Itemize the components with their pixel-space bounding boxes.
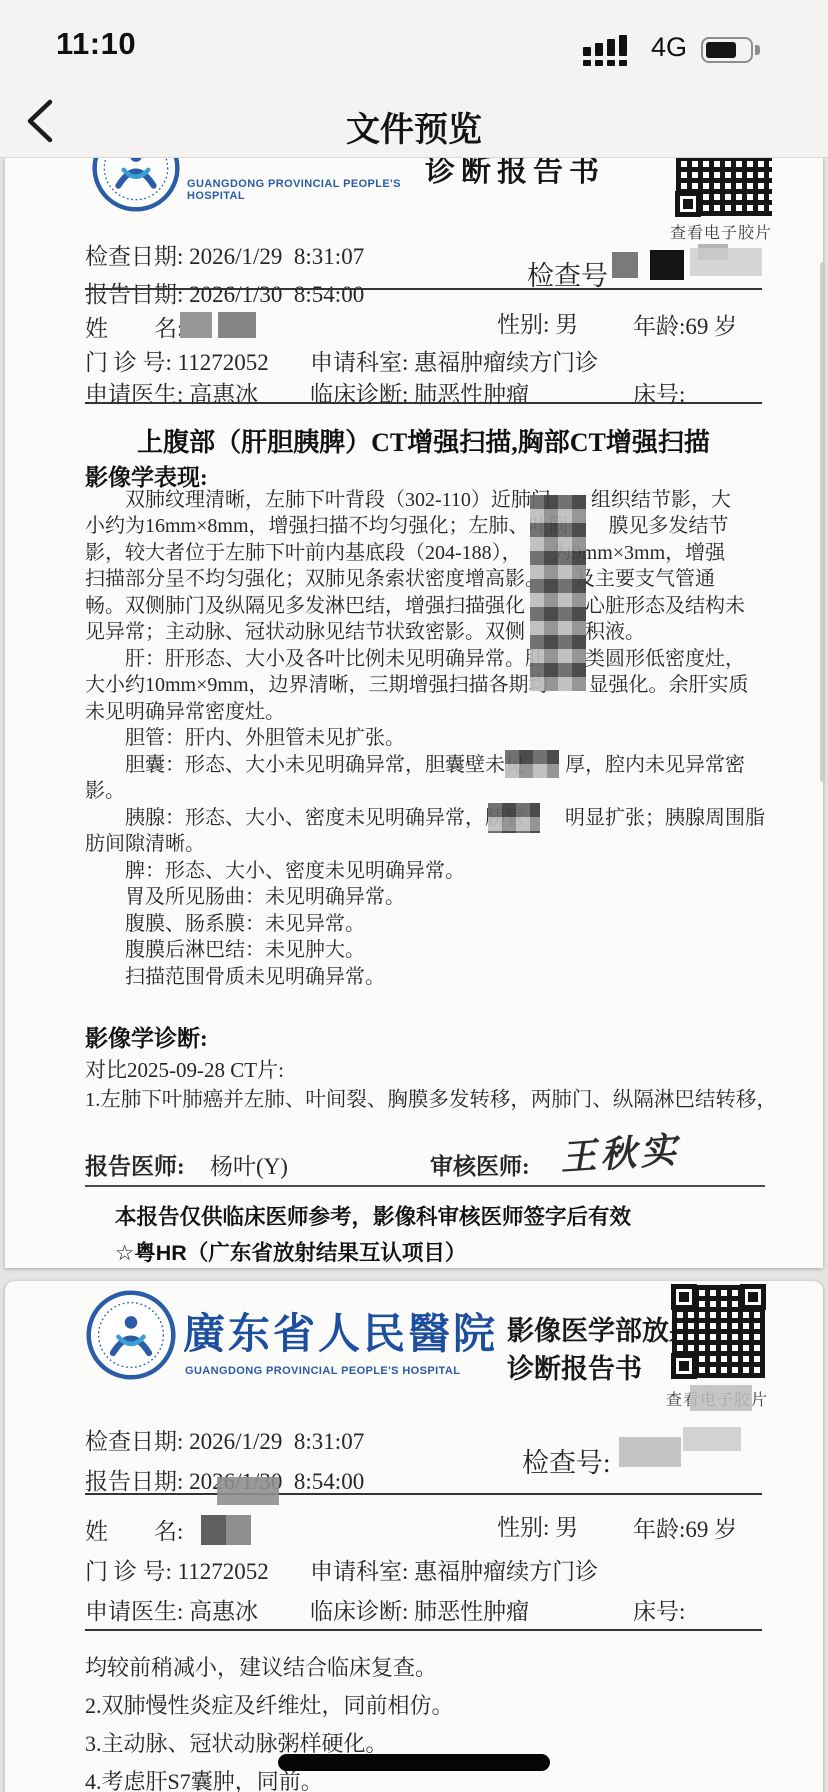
request-doctor: 申请医生: 高惠冰: [85, 376, 258, 409]
report-book-title: 诊断报告书: [507, 1347, 642, 1386]
hospital-logo: [92, 158, 180, 212]
report-doctor-label: 报告医师:: [85, 1148, 185, 1181]
redaction-block: [690, 1385, 752, 1411]
divider-line: [85, 1493, 762, 1495]
review-doctor-label: 审核医师:: [430, 1148, 530, 1181]
hospital-name-en: GUANGDONG PROVINCIAL PEOPLE'S HOSPITAL: [187, 178, 447, 202]
findings-line: 小约为16mm×8mm，增强扫描不均匀强化；左肺、叶间 膜见多发结节: [85, 513, 775, 540]
divider-line: [85, 288, 762, 290]
findings-line: 腹膜、肠系膜：未见异常。: [85, 911, 775, 938]
diagnosis-heading: 影像学诊断:: [85, 1020, 208, 1053]
redaction-block: [612, 252, 638, 278]
exam-date: 检查日期: 2026/1/29 8:31:07: [85, 1423, 364, 1456]
findings-line: 影。: [85, 778, 775, 805]
hospital-name-cn: 廣东省人民醫院: [183, 1301, 498, 1361]
report-date: 报告日期: 2026/1/30 8:54:00: [85, 276, 364, 309]
report-page-2: 廣东省人民醫院 GUANGDONG PROVINCIAL PEOPLE'S HO…: [5, 1281, 823, 1792]
diagnosis-line: 2.双肺慢性炎症及纤维灶，同前相仿。: [85, 1689, 775, 1720]
report-page-1: GUANGDONG PROVINCIAL PEOPLE'S HOSPITAL 诊…: [5, 158, 823, 1268]
redaction-block: [650, 250, 684, 280]
redaction-block: [683, 1427, 741, 1451]
divider-line: [85, 1629, 762, 1631]
findings-line: 未见明确异常密度灶。: [85, 699, 775, 726]
redaction-block: [217, 1477, 279, 1505]
redaction-block: [619, 1437, 681, 1467]
bed-no-label: 床号:: [633, 1593, 685, 1626]
findings-line: 肪间隙清晰。: [85, 831, 775, 858]
redaction-mosaic: [505, 750, 559, 778]
page-title: 文件预览: [0, 102, 828, 151]
battery-icon: [701, 37, 753, 63]
findings-line: 胆管：肝内、外胆管未见扩张。: [85, 725, 775, 752]
findings-line: 扫描范围骨质未见明确异常。: [85, 964, 775, 991]
findings-line: 脾：形态、大小、密度未见明确异常。: [85, 858, 775, 885]
redaction-block: [201, 1515, 251, 1545]
redaction-block: [180, 312, 212, 338]
findings-line: 肝：肝形态、大小及各叶比例未见明确异常。肝 类圆形低密度灶，: [85, 646, 775, 673]
diagnosis-item: 1.左肺下叶肺癌并左肺、叶间裂、胸膜多发转移，两肺门、纵隔淋巴结转移，: [85, 1082, 775, 1112]
diagnosis-line: 均较前稍减小，建议结合临床复查。: [85, 1651, 775, 1682]
findings-line: 双肺纹理清晰，左肺下叶背段（302-110）近肺门 组织结节影，大: [85, 487, 775, 514]
clinical-diagnosis: 临床诊断: 肺恶性肿瘤: [310, 376, 529, 409]
hospital-name-en: GUANGDONG PROVINCIAL PEOPLE'S HOSPITAL: [185, 1365, 515, 1377]
findings-line: 胃及所见肠曲：未见明确异常。: [85, 884, 775, 911]
findings-line: 胆囊：形态、大小未见明确异常，胆囊壁未见 厚，腔内未见异常密: [85, 752, 775, 779]
redaction-mosaic: [488, 803, 540, 833]
exam-number-label: 检查号:: [522, 1441, 611, 1480]
report-doctor-name: 杨叶(Y): [210, 1148, 288, 1181]
qr-caption[interactable]: 查看电子胶片: [670, 220, 772, 243]
findings-line: 大小约10mm×9mm，边界清晰，三期增强扫描各期均 显强化。余肝实质: [85, 672, 775, 699]
exam-date: 检查日期: 2026/1/29 8:31:07: [85, 238, 364, 271]
patient-gender: 性别: 男: [497, 306, 578, 339]
status-time: 11:10: [56, 26, 136, 62]
patient-name-label: 姓 名:: [85, 310, 183, 343]
patient-age: 年龄:69 岁: [633, 308, 737, 341]
review-doctor-signature: 王秋实: [558, 1122, 681, 1181]
request-doctor: 申请医生: 高惠冰: [85, 1593, 258, 1626]
findings-line: 腹膜后淋巴结：未见肿大。: [85, 937, 775, 964]
findings-line: 畅。双侧肺门及纵隔见多发淋巴结，增强扫描强化 心脏形态及结构未: [85, 593, 775, 620]
cellular-signal-icon: [583, 36, 639, 66]
bed-no-label: 床号:: [633, 376, 685, 409]
divider-line: [85, 1185, 765, 1187]
qr-code[interactable]: [672, 1285, 765, 1378]
outpatient-no: 门 诊 号: 11272052: [85, 1553, 269, 1586]
clinical-diagnosis: 临床诊断: 肺恶性肿瘤: [310, 1593, 529, 1626]
redaction-block: [690, 248, 762, 276]
redaction-mosaic: [530, 495, 586, 691]
disclaimer-note: 本报告仅供临床医师参考，影像科审核医师签字后有效: [115, 1200, 631, 1231]
qr-code[interactable]: [676, 158, 772, 216]
battery-nub: [755, 45, 760, 55]
network-type-label: 4G: [651, 32, 687, 63]
request-dept: 申请科室: 惠福肿瘤续方门诊: [310, 344, 598, 377]
patient-gender: 性别: 男: [497, 1509, 578, 1542]
findings-line: 影，较大者位于左肺下叶前内基底段（204-188）， 为9mm×3mm，增强: [85, 540, 775, 567]
exam-title: 上腹部（肝胆胰脾）CT增强扫描,胸部CT增强扫描: [85, 422, 762, 459]
top-bar: 11:10 4G 文件预览: [0, 0, 828, 158]
patient-age: 年龄:69 岁: [633, 1511, 737, 1544]
divider-line: [85, 402, 762, 404]
compare-line: 对比2025-09-28 CT片:: [85, 1054, 775, 1084]
outpatient-no: 门 诊 号: 11272052: [85, 344, 269, 377]
redaction-block: [218, 312, 256, 338]
mutual-recognition-note: ☆粤HR（广东省放射结果互认项目）: [115, 1236, 466, 1267]
report-book-title: 诊断报告书: [425, 158, 605, 190]
hospital-logo: [86, 1290, 176, 1380]
scrollbar[interactable]: [820, 262, 825, 782]
home-indicator[interactable]: [278, 1754, 550, 1771]
findings-line: 见异常；主动脉、冠状动脉见结节状致密影。双侧 积液。: [85, 619, 775, 646]
patient-name-label: 姓 名:: [85, 1513, 183, 1546]
findings-line: 扫描部分呈不均匀强化；双肺见条索状密度增高影。 及主要支气管通: [85, 566, 775, 593]
findings-line: 胰腺：形态、大小、密度未见明确异常，胰管 明显扩张；胰腺周围脂: [85, 805, 775, 832]
request-dept: 申请科室: 惠福肿瘤续方门诊: [310, 1553, 598, 1586]
